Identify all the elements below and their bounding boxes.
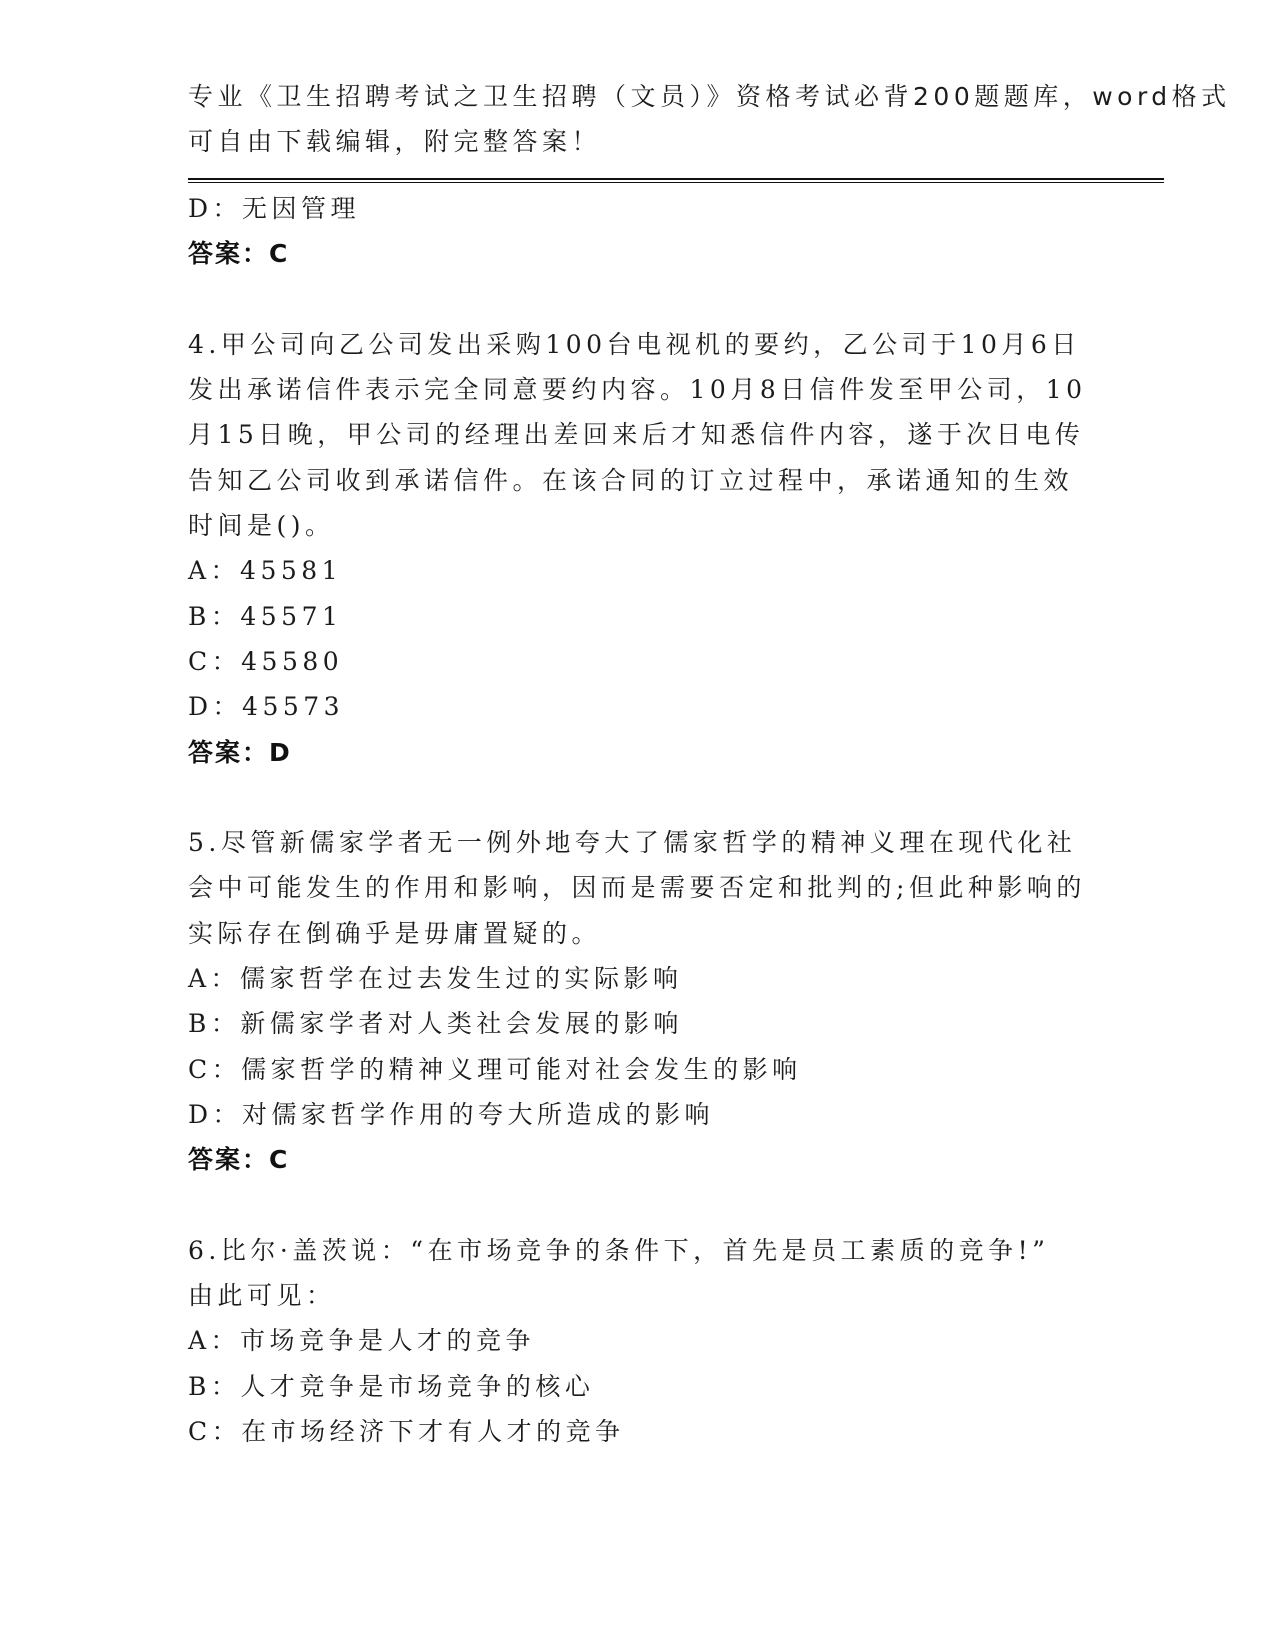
header-divider xyxy=(188,178,1164,183)
question-stem-line: 5.尽管新儒家学者无一例外地夸大了儒家哲学的精神义理在现代化社 xyxy=(188,820,1088,865)
header-title-line-2: 可自由下载编辑，附完整答案！ xyxy=(188,119,1088,164)
option-c: C：儒家哲学的精神义理可能对社会发生的影响 xyxy=(188,1047,1088,1092)
question-stem-line: 由此可见： xyxy=(188,1273,1088,1318)
document-header: 专业《卫生招聘考试之卫生招聘（文员）》资格考试必背200题题库，word格式 可… xyxy=(188,74,1088,165)
question-stem-line: 4.甲公司向乙公司发出采购100台电视机的要约，乙公司于10月6日 xyxy=(188,322,1088,367)
option-d: D：无因管理 xyxy=(188,186,1088,231)
question-6: 6.比尔·盖茨说：“在市场竞争的条件下，首先是员工素质的竞争!” 由此可见： A… xyxy=(188,1228,1088,1454)
option-a: A：儒家哲学在过去发生过的实际影响 xyxy=(188,956,1088,1001)
option-b: B：45571 xyxy=(188,594,1088,639)
spacer xyxy=(188,277,1088,322)
question-4: 4.甲公司向乙公司发出采购100台电视机的要约，乙公司于10月6日 发出承诺信件… xyxy=(188,322,1088,775)
option-c: C：45580 xyxy=(188,639,1088,684)
document-body: D：无因管理 答案：C 4.甲公司向乙公司发出采购100台电视机的要约，乙公司于… xyxy=(188,186,1088,1454)
question-stem-line: 6.比尔·盖茨说：“在市场竞争的条件下，首先是员工素质的竞争!” xyxy=(188,1228,1088,1273)
option-b: B：人才竞争是市场竞争的核心 xyxy=(188,1364,1088,1409)
question-stem-line: 实际存在倒确乎是毋庸置疑的。 xyxy=(188,911,1088,956)
question-stem-line: 发出承诺信件表示完全同意要约内容。10月8日信件发至甲公司，10 xyxy=(188,367,1088,412)
answer-label: 答案：C xyxy=(188,231,1088,276)
spacer xyxy=(188,1183,1088,1228)
spacer xyxy=(188,775,1088,820)
previous-question-tail: D：无因管理 答案：C xyxy=(188,186,1088,277)
option-b: B：新儒家学者对人类社会发展的影响 xyxy=(188,1001,1088,1046)
option-a: A：45581 xyxy=(188,548,1088,593)
option-d: D：对儒家哲学作用的夸大所造成的影响 xyxy=(188,1092,1088,1137)
question-stem-line: 月15日晚，甲公司的经理出差回来后才知悉信件内容，遂于次日电传 xyxy=(188,412,1088,457)
option-a: A：市场竞争是人才的竞争 xyxy=(188,1318,1088,1363)
header-title-line-1: 专业《卫生招聘考试之卫生招聘（文员）》资格考试必背200题题库，word格式 xyxy=(188,74,1088,119)
option-c: C：在市场经济下才有人才的竞争 xyxy=(188,1409,1088,1454)
question-stem-line: 时间是()。 xyxy=(188,503,1088,548)
option-d: D：45573 xyxy=(188,684,1088,729)
answer-label: 答案：C xyxy=(188,1137,1088,1182)
question-stem-line: 会中可能发生的作用和影响，因而是需要否定和批判的;但此种影响的 xyxy=(188,865,1088,910)
question-stem-line: 告知乙公司收到承诺信件。在该合同的订立过程中，承诺通知的生效 xyxy=(188,458,1088,503)
question-5: 5.尽管新儒家学者无一例外地夸大了儒家哲学的精神义理在现代化社 会中可能发生的作… xyxy=(188,820,1088,1182)
answer-label: 答案：D xyxy=(188,730,1088,775)
